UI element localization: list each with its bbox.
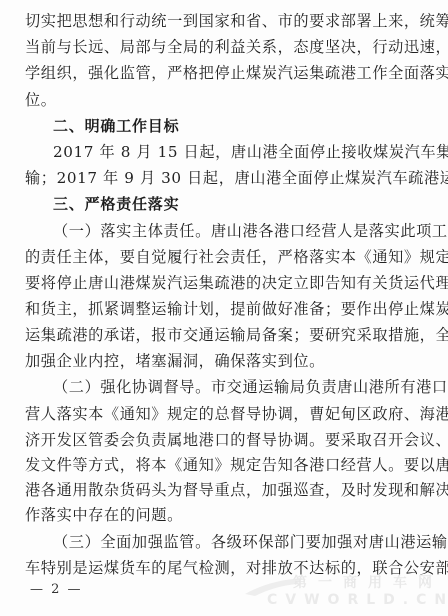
paragraph-line: 运集疏港的承诺，报市交通运输局备案；要研究采取措施，全面 (25, 325, 407, 345)
paragraph-line: 要将停止唐山港煤炭汽运集疏港的决定立即告知有关货运代理商 (25, 273, 407, 293)
watermark-cn-text: 第一商用车网 (293, 572, 443, 592)
paragraph-line: 的责任主体，要自觉履行社会责任，严格落实本《通知》规定； (25, 247, 407, 267)
paragraph-line: 学组织，强化监管，严格把停止煤炭汽运集疏港工作全面落实到 (25, 63, 407, 83)
paragraph-line: 切实把思想和行动统一到国家和省、市的要求部署上来，统筹好 (25, 11, 407, 31)
watermark-en-text: CVWORLD.CN (267, 592, 448, 608)
paragraph-line: 发文件等方式，将本《通知》规定告知各港口经营人。要以唐山 (25, 455, 407, 475)
paragraph-line: 当前与长远、局部与全局的利益关系，态度坚决，行动迅速，科 (25, 37, 407, 57)
paragraph-line: （一）落实主体责任。唐山港各港口经营人是落实此项工作 (53, 221, 407, 241)
paragraph-line: 加强企业内控，堵塞漏洞，确保落实到位。 (25, 351, 407, 371)
paragraph-line: 和货主，抓紧调整运输计划，提前做好准备；要作出停止煤炭汽 (25, 299, 407, 319)
paragraph-line: 济开发区管委会负责属地港口的督导协调。要采取召开会议、下 (25, 430, 407, 450)
section-heading: 三、严格责任落实 (53, 194, 407, 214)
paragraph-line: （二）强化协调督导。市交通运输局负责唐山港所有港口经 (53, 377, 407, 397)
document-page: 切实把思想和行动统一到国家和省、市的要求部署上来，统筹好 当前与长远、局部与全局… (0, 0, 448, 616)
paragraph-line: 位。 (25, 90, 407, 110)
paragraph-line: 营人落实本《通知》规定的总督导协调，曹妃甸区政府、海港经 (25, 404, 407, 424)
paragraph-line: 2017 年 8 月 15 日起，唐山港全面停止接收煤炭汽车集港运 (53, 142, 407, 162)
watermark: 第一商用车网 CVWORLD.CN (245, 572, 445, 614)
paragraph-line: 港各通用散杂货码头为督导重点，加强巡查，及时发现和解决工 (25, 480, 407, 500)
paragraph-line: 输；2017 年 9 月 30 日起，唐山港全面停止煤炭汽车疏港运输。 (25, 168, 407, 188)
page-number: — 2 — (30, 582, 83, 597)
section-heading: 二、明确工作目标 (53, 116, 407, 136)
